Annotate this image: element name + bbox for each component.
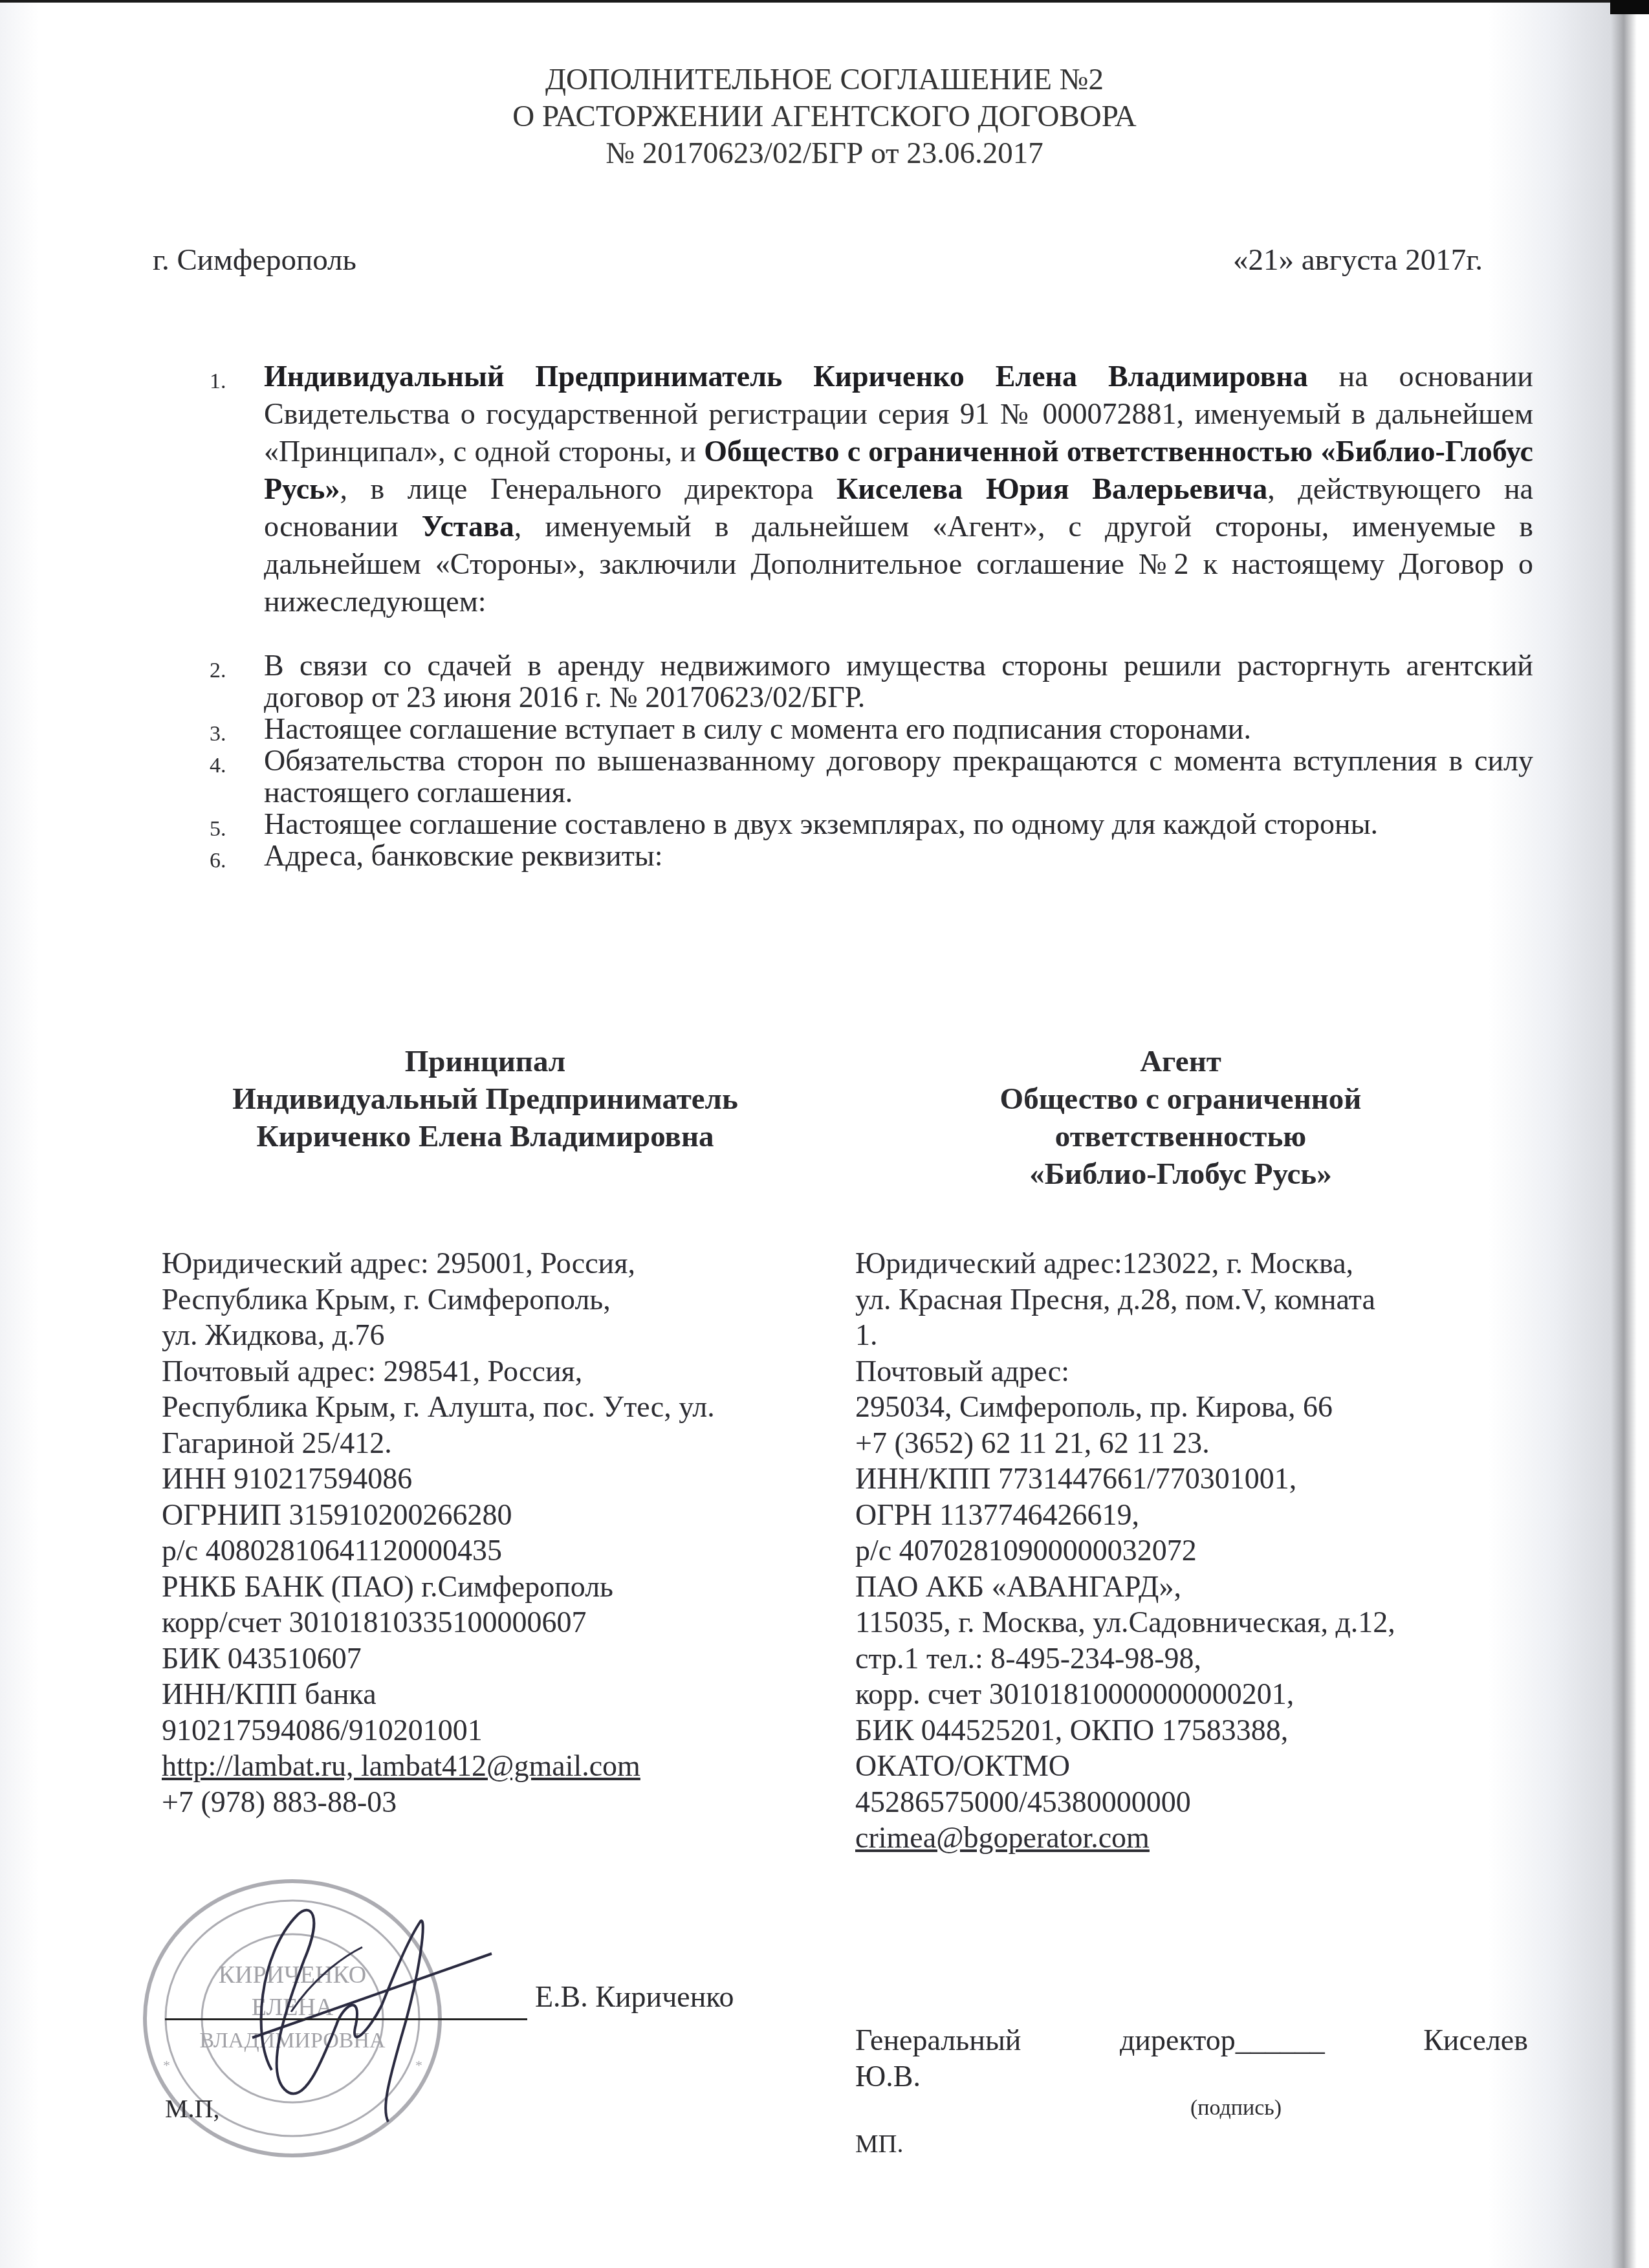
principal-heading: Принципал Индивидуальный Предприниматель… bbox=[149, 1043, 822, 1155]
requisite-line: РНКБ БАНК (ПАО) г.Симферополь bbox=[162, 1569, 828, 1605]
requisite-line: Почтовый адрес: 298541, Россия, bbox=[162, 1353, 828, 1390]
requisite-line: Республика Крым, г. Алушта, пос. Утес, у… bbox=[162, 1389, 828, 1425]
clause-1: 1. Индивидуальный Предприниматель Кириче… bbox=[207, 358, 1533, 620]
requisite-line: Почтовый адрес: bbox=[855, 1353, 1528, 1390]
scan-edge bbox=[0, 0, 1610, 3]
clause-text: Адреса, банковские реквизиты: bbox=[264, 839, 662, 872]
heading-line: ответственностью bbox=[835, 1118, 1527, 1155]
document-date: «21» августа 2017г. bbox=[1233, 243, 1483, 278]
clause-6: 6. Адреса, банковские реквизиты: bbox=[207, 840, 1533, 871]
agent-seal-place: МП. bbox=[855, 2128, 903, 2159]
requisite-line: 1. bbox=[855, 1317, 1528, 1353]
agent-signature-block: Генеральный директор______ Киселев Ю.В. bbox=[855, 2022, 1528, 2095]
heading-line: «Библио-Глобус Русь» bbox=[835, 1155, 1527, 1193]
requisite-line: +7 (3652) 62 11 21, 62 11 23. bbox=[855, 1425, 1528, 1461]
clause-text: Индивидуальный Предприниматель Кириченко… bbox=[264, 360, 1533, 618]
clause-4: 4. Обязательства сторон по вышеназванном… bbox=[207, 745, 1533, 808]
clauses-rest: 2. В связи со сдачей в аренду недвижимог… bbox=[207, 649, 1533, 871]
agent-requisites: Юридический адрес:123022, г. Москва, ул.… bbox=[855, 1245, 1528, 1856]
director-signature-line: директор______ bbox=[1120, 2022, 1325, 2058]
document-title: ДОПОЛНИТЕЛЬНОЕ СОГЛАШЕНИЕ №2 О РАСТОРЖЕН… bbox=[0, 61, 1649, 172]
requisite-line: ПАО АКБ «АВАНГАРД», bbox=[855, 1569, 1528, 1605]
clause-number: 2. bbox=[210, 655, 226, 686]
requisite-line: 295034, Симферополь, пр. Кирова, 66 bbox=[855, 1389, 1528, 1425]
clause-text: Обязательства сторон по вышеназванному д… bbox=[264, 744, 1533, 809]
clause-3: 3. Настоящее соглашение вступает в силу … bbox=[207, 713, 1533, 745]
requisite-line: ИНН 910217594086 bbox=[162, 1461, 828, 1497]
requisite-line: р/с 40802810641120000435 bbox=[162, 1532, 828, 1569]
requisite-line: 45286575000/45380000000 bbox=[855, 1784, 1528, 1820]
director-title: Генеральный bbox=[855, 2022, 1021, 2058]
requisite-line: ОКАТО/ОКТМО bbox=[855, 1748, 1528, 1784]
clauses-list: 1. Индивидуальный Предприниматель Кириче… bbox=[207, 358, 1533, 871]
requisite-line: Юридический адрес:123022, г. Москва, bbox=[855, 1245, 1528, 1281]
clause-text: Настоящее соглашение вступает в силу с м… bbox=[264, 712, 1251, 745]
principal-signature-block: Е.В. Кириченко bbox=[165, 1979, 760, 2021]
heading-line: Общество с ограниченной bbox=[835, 1080, 1527, 1118]
requisite-line: Республика Крым, г. Симферополь, bbox=[162, 1281, 828, 1318]
agent-email-link[interactable]: crimea@bgoperator.com bbox=[855, 1820, 1528, 1856]
signature-caption: (подпись) bbox=[1190, 2096, 1282, 2121]
scanned-page: ДОПОЛНИТЕЛЬНОЕ СОГЛАШЕНИЕ №2 О РАСТОРЖЕН… bbox=[0, 0, 1649, 2268]
heading-line: Принципал bbox=[149, 1043, 822, 1080]
requisite-line: ОГРНИП 315910200266280 bbox=[162, 1497, 828, 1533]
principal-signatory: Е.В. Кириченко bbox=[535, 1979, 734, 2014]
director-initials: Ю.В. bbox=[855, 2058, 1528, 2095]
charter-ref: Устава bbox=[422, 510, 514, 543]
heading-line: Агент bbox=[835, 1043, 1527, 1080]
heading-line: Индивидуальный Предприниматель bbox=[149, 1080, 822, 1118]
requisite-line: ИНН/КПП банка bbox=[162, 1676, 828, 1712]
title-line: № 20170623/02/БГР от 23.06.2017 bbox=[0, 135, 1649, 172]
title-line: О РАСТОРЖЕНИИ АГЕНТСКОГО ДОГОВОРА bbox=[0, 98, 1649, 135]
requisite-line: ул. Жидкова, д.76 bbox=[162, 1317, 828, 1353]
clause-number: 1. bbox=[210, 363, 226, 400]
requisite-line: корр. счет 30101810000000000201, bbox=[855, 1676, 1528, 1712]
clause-text-part: , в лице Генерального директора bbox=[340, 472, 836, 505]
title-line: ДОПОЛНИТЕЛЬНОЕ СОГЛАШЕНИЕ №2 bbox=[0, 61, 1649, 98]
clause-2: 2. В связи со сдачей в аренду недвижимог… bbox=[207, 649, 1533, 713]
requisite-line: ИНН/КПП 7731447661/770301001, bbox=[855, 1461, 1528, 1497]
signature-line bbox=[165, 2018, 527, 2020]
requisite-line: ул. Красная Пресня, д.28, пом.V, комната bbox=[855, 1281, 1528, 1318]
requisite-line: 910217594086/910201001 bbox=[162, 1712, 828, 1749]
principal-name: Индивидуальный Предприниматель Кириченко… bbox=[264, 360, 1308, 393]
director-name: Киселева Юрия Валерьевича bbox=[836, 472, 1267, 505]
clause-number: 6. bbox=[210, 845, 226, 877]
requisite-line: Юридический адрес: 295001, Россия, bbox=[162, 1245, 828, 1281]
place: г. Симферополь bbox=[153, 243, 356, 278]
requisite-line: ОГРН 1137746426619, bbox=[855, 1497, 1528, 1533]
clause-5: 5. Настоящее соглашение составлено в дву… bbox=[207, 808, 1533, 840]
requisite-line: 115035, г. Москва, ул.Садовническая, д.1… bbox=[855, 1604, 1528, 1641]
requisite-line: БИК 043510607 bbox=[162, 1641, 828, 1677]
director-surname: Киселев bbox=[1423, 2022, 1528, 2058]
director-row: Генеральный директор______ Киселев bbox=[855, 2022, 1528, 2058]
principal-seal-place: М.П, bbox=[165, 2093, 219, 2124]
requisite-line: стр.1 тел.: 8-495-234-98-98, bbox=[855, 1641, 1528, 1677]
principal-requisites: Юридический адрес: 295001, Россия, Респу… bbox=[162, 1245, 828, 1820]
heading-line: Кириченко Елена Владимировна bbox=[149, 1118, 822, 1155]
agent-heading: Агент Общество с ограниченной ответствен… bbox=[835, 1043, 1527, 1193]
principal-phone: +7 (978) 883-88-03 bbox=[162, 1784, 828, 1820]
svg-text:*: * bbox=[163, 2057, 170, 2073]
clause-number: 4. bbox=[210, 750, 226, 781]
requisite-line: р/с 40702810900000032072 bbox=[855, 1532, 1528, 1569]
clause-text: Настоящее соглашение составлено в двух э… bbox=[264, 807, 1378, 840]
requisite-line: Гагариной 25/412. bbox=[162, 1425, 828, 1461]
requisite-line: корр/счет 30101810335100000607 bbox=[162, 1604, 828, 1641]
clause-text: В связи со сдачей в аренду недвижимого и… bbox=[264, 649, 1533, 714]
principal-web-email-link[interactable]: http://lambat.ru, lambat412@gmail.com bbox=[162, 1748, 828, 1784]
scan-corner bbox=[1610, 0, 1649, 14]
requisite-line: БИК 044525201, ОКПО 17583388, bbox=[855, 1712, 1528, 1749]
